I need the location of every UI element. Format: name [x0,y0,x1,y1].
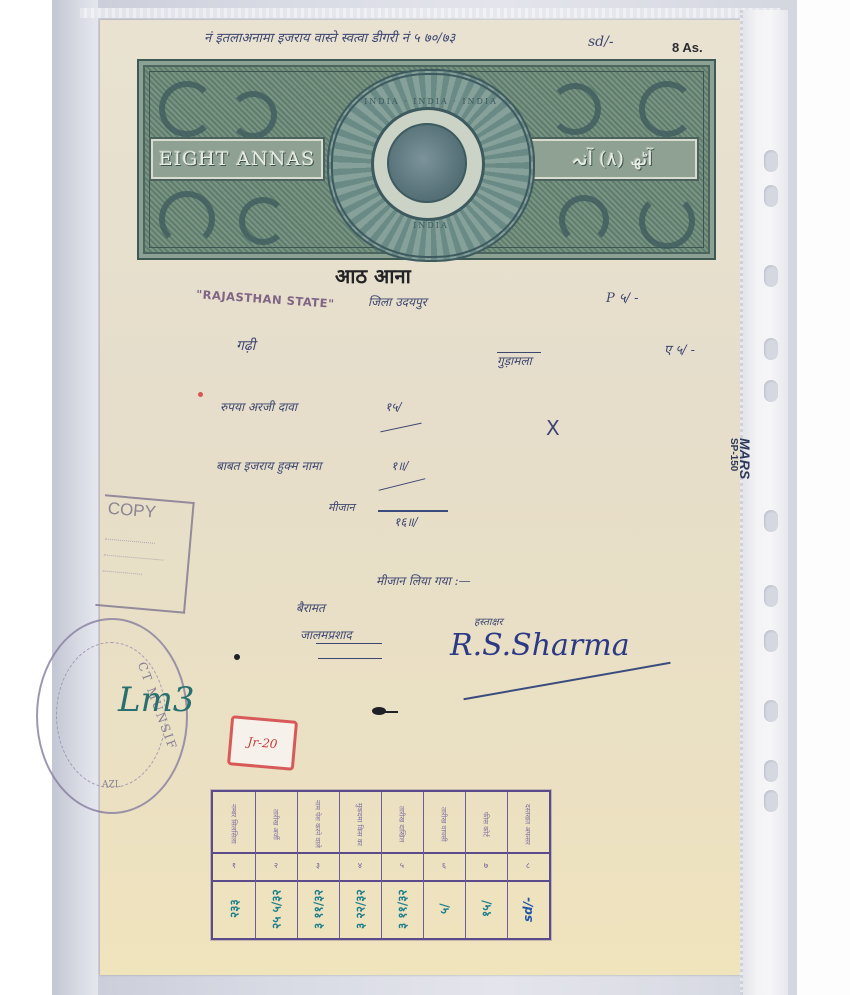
medallion-text-bottom: INDIA [333,221,529,230]
seal-signature: Lm3 [118,680,194,720]
right-reference-2: ए ५/ - [664,340,695,358]
table-header-cell: तारीख वापसी [423,796,465,852]
table-column-number: २ [255,854,297,876]
table-header-cell: नाम पेश करने वाले [297,796,339,852]
binder-hole [764,760,778,782]
plaintiff-label: बैरामत [296,599,325,616]
official-signature: R.S.Sharma [450,628,630,663]
table-column-number: ३ [297,854,339,876]
official-label: हस्ताक्षर [474,614,503,628]
cross-mark: X [546,416,560,440]
entry2-value: १॥/ [391,457,408,474]
underline [316,643,382,644]
table-header-cell: नम्बर सिलसिला [213,796,255,852]
binder-hole [764,510,778,532]
table-column-number: ७ [465,854,507,876]
king-portrait [387,123,467,203]
scroll-ornament [559,195,609,245]
scroll-ornament [159,81,215,137]
district-label: जिला उदयपुर [368,293,427,310]
seal-text-bottom: AZI. [102,780,121,790]
denomination-hindi: आठ आना [335,262,411,289]
stamp-line [105,538,155,543]
underline [497,352,541,353]
total-value: १६॥/ [394,513,418,530]
sleeve-brand-label: MARS SP-150 [728,438,752,498]
scroll-ornament [159,191,215,247]
scroll-ornament [639,193,695,249]
table-column-number: ८ [507,854,549,876]
underline [318,658,382,659]
sleeve-top-edge [80,8,780,18]
scroll-ornament [639,81,695,137]
party-left: गढ़ी [236,336,255,355]
scroll-ornament [239,197,287,245]
binder-hole [764,338,778,360]
total-label: मीजान [328,500,355,515]
reference-tag: Jr-20 [227,715,298,771]
brand-model: SP-150 [728,438,738,498]
received-note: मीजान लिया गया :— [376,572,471,589]
entry1-label: रुपया अरजी दावा [220,398,297,415]
entry1-value: १५/ [385,398,402,415]
right-reference-1: P ५/ - [606,288,639,306]
binder-hole [764,150,778,172]
binder-hole [764,630,778,652]
red-dot [198,392,203,397]
copy-stamp-label: COPY [107,499,157,523]
table-value-cell: ५/ [423,884,465,934]
top-handwritten-note: नं इतलाअनामा इजराय वास्ते स्वत्वा डीगरी … [204,28,455,46]
king-medallion: INDIA · INDIA · INDIA INDIA [327,69,535,262]
table-column-number: ५ [381,854,423,876]
table-header-cell: दस्तखत अफसर [507,796,549,852]
ink-blot-tail [384,711,398,713]
stamp-line [102,570,142,574]
stamp-line [104,554,164,560]
brand-name: MARS [738,438,752,498]
table-header-cell: फीस कोर्ट [465,796,507,852]
copy-stamp: COPY [95,494,194,613]
binder-hole [764,380,778,402]
table-column-number: ४ [339,854,381,876]
value-panel-urdu: آٹھ (۸) آنہ [527,139,697,179]
binder-hole [764,185,778,207]
background-margin [797,0,850,995]
binder-hole [764,585,778,607]
scroll-ornament [229,91,277,139]
plaintiff-name: जालमप्रशाद [300,626,352,643]
sleeve-left-edge [52,0,98,995]
binder-hole [764,700,778,722]
table-value-cell: ३ ११/३२ [297,884,339,934]
table-value-cell: २३३ [213,884,255,934]
stamp-engraving: EIGHT ANNAS آٹھ (۸) آنہ INDIA · INDIA · … [137,59,716,260]
table-header-cell: तारीख अर्जी [255,796,297,852]
entry2-label: बाबत इजराय हुक्म नामा [216,457,321,474]
table-column-number: ६ [423,854,465,876]
table-value-cell: १५/ [465,884,507,934]
table-header-cell: मुकदमा किस का [339,796,381,852]
ink-dot [234,654,240,660]
denomination-corner: 8 As. [672,40,703,55]
party-right: गुड़ामला [497,352,532,369]
medallion-text-top: INDIA · INDIA · INDIA [333,97,529,106]
total-line [378,510,448,512]
scroll-ornament [549,83,601,135]
table-value-cell: sd/- [507,884,549,934]
table-header-cell: तारीख दाखिल [381,796,423,852]
table-value-cell: ३ २२/३२ [339,884,381,934]
table-column-number: १ [213,854,255,876]
table-value-cell: २५ ५/३२ [255,884,297,934]
table-value-cell: ३ ११/३२ [381,884,423,934]
binder-hole [764,790,778,812]
court-fee-table-stamp: नम्बर सिलसिला१२३३तारीख अर्जी२२५ ५/३२नाम … [211,790,551,940]
value-panel-english: EIGHT ANNAS [151,139,323,179]
top-initials: sd/- [588,34,614,50]
binder-hole [764,265,778,287]
